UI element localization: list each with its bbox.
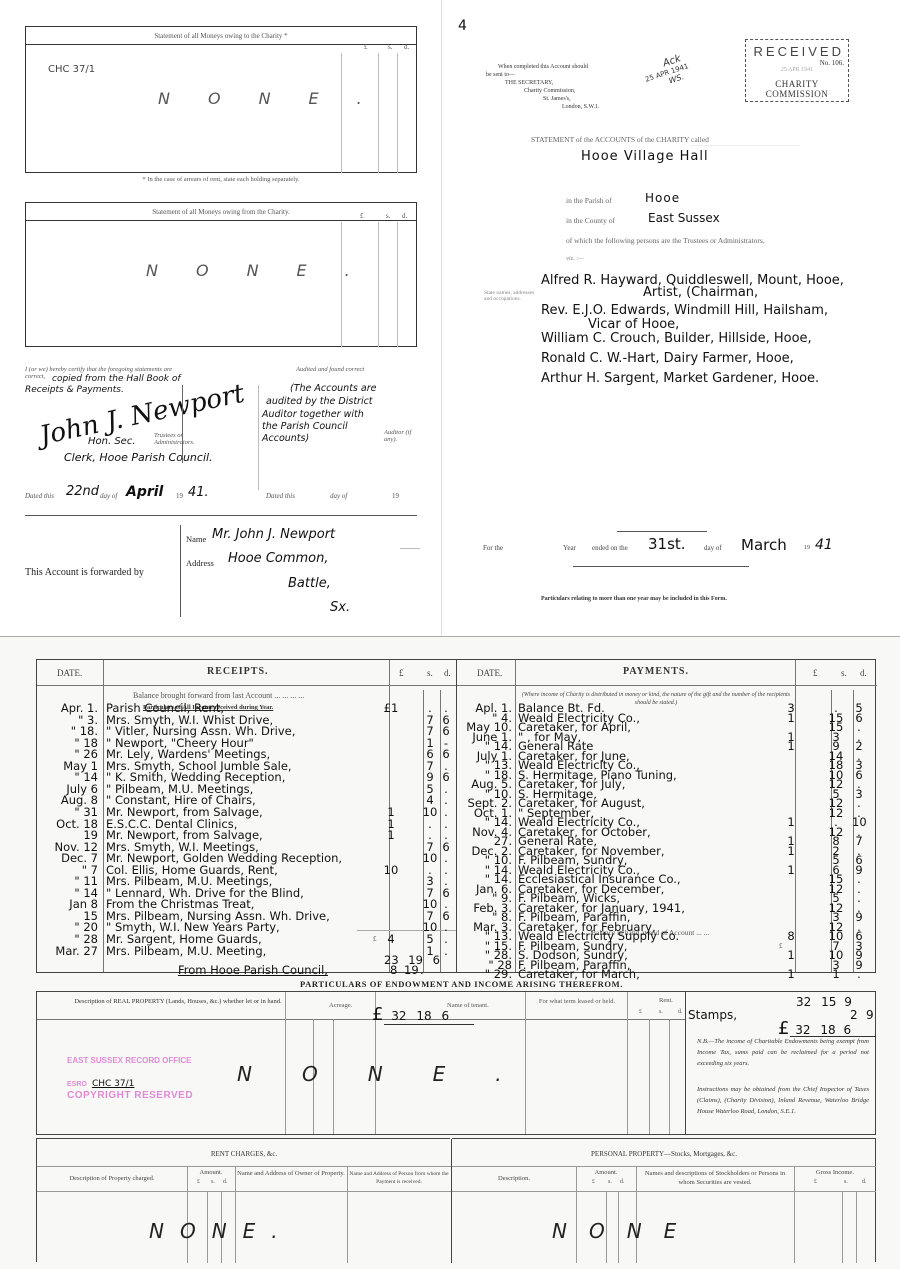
rent-charges-value: NONE. [149,1219,294,1243]
subtotal-pence: 6 [433,953,440,967]
name-label: Name [186,534,206,544]
dated-year: 41. [188,485,209,500]
nb-note: N.B.—The income of Charitable Endowments… [697,1036,869,1069]
payments-s: 1 [828,969,844,981]
signature-title: Hon. Sec. [88,436,136,447]
currency-shillings: s. [841,668,847,678]
parish-council-pounds: 8 [390,963,397,977]
archive-office: EAST SUSSEX RECORD OFFICE [67,1056,193,1065]
term-header: For what term leased or held. [527,997,627,1007]
currency-pounds: £ [399,668,404,678]
endowment-table: Description of REAL PROPERTY (Lands, Hou… [36,991,876,1135]
payments-grand-shillings: 18 [820,1023,835,1037]
address-line-1: Hooe Common, [228,551,329,566]
currency-pounds: £ [813,668,818,678]
currency-pounds: £ [814,1179,817,1185]
currency-pence: d. [620,1179,625,1185]
arrears-note: * In the case of arrears of rent, state … [25,176,417,183]
audit-note-5: Accounts) [262,433,309,444]
dated-day: 22nd [66,484,99,499]
personal-property-amount-header: Amount. [576,1169,636,1176]
receipts-date-header: DATE. [57,668,82,678]
receipts-title: RECEIPTS. [207,666,269,677]
receipts-grand-shillings: 18 [416,1009,431,1023]
stamps-pence: 9 [866,1008,874,1022]
receipts-desc: Mrs. Pilbeam, M.U. Meeting, [106,946,266,958]
rent-pounds: £ [639,1009,642,1015]
instructions-note: Instructions may be obtained from the Ch… [697,1084,869,1117]
currency-pence: d. [444,668,451,678]
auditor-label: Auditor (if any). [384,429,424,443]
rent-charges-owner-header: Name and Address of Owner of Property. [235,1169,347,1178]
trustee-1-occupation: Artist, (Chairman, [643,285,758,300]
send-to-line-1: When completed this Account should [498,64,588,70]
currency-pence: d. [860,668,867,678]
payments-subtotal-shillings: 15 [821,995,836,1009]
stamps-desc: Stamps, [688,1008,737,1022]
payments-d: . [852,969,866,981]
for-the-label: For the [483,544,503,552]
receipts-date: Mar. 27 [36,946,98,958]
payments-subtotal-pounds: 32 [796,995,811,1009]
currency-pounds: £ [364,43,368,51]
rent-charges-table: RENT CHARGES, &c. Description of Propert… [36,1138,450,1262]
page-fold [441,0,442,636]
viz-label: viz. :— [566,256,584,262]
currency-pence: d. [223,1179,228,1185]
personal-property-holders-header: Names and descriptions of Stockholders o… [636,1169,794,1187]
county-label: in the County of [566,216,615,225]
signature-clerk: Clerk, Hooe Parish Council. [64,451,213,464]
trustee-4: Ronald C. W.-Hart, Dairy Farmer, Hooe, [541,351,794,366]
payments-title: PAYMENTS. [623,666,689,677]
owing-to-charity-box: Statement of all Moneys owing to the Cha… [25,26,417,173]
receipts-grand-pounds: 32 [391,1009,406,1023]
archive-reference: CHC 37/1 [92,1079,134,1089]
audit-year-prefix: 19 [392,492,399,500]
parish-council-pence: . [420,963,424,977]
rent-charges-amount-header: Amount. [187,1169,235,1176]
payments-subtotal-pence: 9 [844,995,852,1009]
archive-copyright: COPYRIGHT RESERVED [67,1090,193,1101]
audited-label: Audited and found correct [296,366,364,373]
rent-charges-title: RENT CHARGES, &c. [37,1150,451,1158]
ended-day-of-label: day of [704,544,722,552]
day-of-label: day of [100,492,117,500]
endowment-value: NONE. [237,1062,552,1086]
audit-note-3: Auditor together with [262,409,364,420]
received-stamp-office: CHARITY COMMISSION [746,79,848,99]
currency-shillings: s. [844,1179,848,1185]
address-label: Address [186,558,214,568]
archive-prefix: ESRO [67,1081,87,1088]
trustee-2: Rev. E.J.O. Edwards, Windmill Hill, Hail… [541,303,828,318]
received-stamp-date: 25 APR 1941 [746,67,848,73]
payments-grand-pence: 6 [844,1023,852,1037]
pound-sign-icon: £ [778,1018,789,1039]
reference-number: CHC 37/1 [48,64,95,75]
trustees-label: Trustees or Administrators. [154,432,214,446]
year-prefix: 19 [176,492,183,500]
personal-property-income-header: Gross Income. [794,1169,876,1176]
certify-copied-note: copied from the Hall Book of [52,374,181,384]
receipts-l: 1 [380,830,402,842]
trustee-5: Arthur H. Sargent, Market Gardener, Hooe… [541,371,819,386]
personal-property-desc-header: Description. [452,1175,576,1182]
ended-day: 31st. [648,535,686,553]
send-to-line-2: be sent to— [486,72,515,78]
owing-to-charity-value: NONE. [158,89,400,108]
rent-charges-desc-header: Description of Property charged. [37,1175,187,1182]
rent-pence: d. [678,1009,683,1015]
payments-date-header: DATE. [477,668,502,678]
parish-council-desc: From Hooe Parish Council, [178,963,328,977]
currency-pence: d. [862,1179,867,1185]
rent-shillings: s. [659,1009,663,1015]
currency-pounds: £ [592,1179,595,1185]
send-to-line-6: London, S.W.1. [562,104,600,110]
state-names-label: State names, addresses and occupations. [484,290,540,302]
address-line-2: Battle, [288,576,331,591]
received-stamp-title: RECEIVED [746,44,848,59]
currency-shillings: s. [427,668,433,678]
ended-month: March [741,536,787,554]
currency-pounds: £ [360,212,364,220]
currency-shillings: s. [608,1179,612,1185]
address-line-3: Sx. [330,600,350,615]
county-value: East Sussex [648,211,720,225]
stamps-entry: Stamps, 2 9 [688,1008,737,1022]
send-to-line-3: THE SECRETARY, [505,80,553,86]
currency-shillings: s. [386,212,390,220]
audit-note-1: (The Accounts are [290,383,376,394]
payments-grand-pounds: 32 [795,1023,810,1037]
real-property-header: Description of REAL PROPERTY (Lands, Hou… [63,997,293,1007]
forwarded-label: This Account is forwarded by [25,567,144,578]
dated-month: April [126,484,163,500]
receipts-d: . [439,946,453,958]
tenant-header: Name of tenant. [447,1002,489,1009]
receipts-grand-total: £ 32 18 6 [372,1004,449,1025]
audit-dated-label: Dated this [266,492,295,500]
send-to-line-4: Charity Commission, [524,88,575,94]
payments-subtotal: 32 15 9 [796,995,852,1009]
receipts-l: 4 [380,934,402,946]
ended-year-prefix: 19 [804,545,810,551]
send-to-line-5: St. James's, [543,96,571,102]
particulars-note: Particulars relating to more than one ye… [541,596,727,602]
personal-property-value: NONE [552,1219,698,1243]
trustee-2-occupation: Vicar of Hooe, [588,317,679,332]
rent-charges-payer-header: Name and Address of Person from whom the… [347,1170,451,1186]
page-mark: 4 [458,18,467,34]
acreage-header: Acreage. [329,1002,352,1009]
receipts-l: 10 [380,865,402,877]
receipts-l: £1 [380,703,402,715]
name-value: Mr. John J. Newport [212,527,335,542]
rent-header: Rent. [659,997,673,1004]
personal-property-title: PERSONAL PROPERTY—Stocks, Mortgages, &c. [452,1150,876,1158]
audit-note-2: audited by the District [266,396,373,407]
ended-year: 41 [815,537,833,553]
archive-stamp: EAST SUSSEX RECORD OFFICE ESRO CHC 37/1 … [67,1056,193,1101]
currency-shillings: s. [388,43,392,51]
year-label: Year [563,544,576,552]
pound-sign-icon: £ [372,1004,383,1025]
personal-property-table: PERSONAL PROPERTY—Stocks, Mortgages, &c.… [452,1138,876,1262]
audit-note-4: the Parish Council [262,421,348,432]
ended-label: ended on the [592,544,628,552]
ack-stamp: Ack 25 APR 1941 WS. [641,52,692,93]
dated-label: Dated this [25,492,54,500]
parish-label: in the Parish of [566,196,612,205]
stamps-shillings: 2 [850,1008,858,1022]
parish-council-shillings: 19 [404,963,419,977]
received-stamp-number: No. 106. [746,59,848,67]
currency-pounds: £ [197,1179,200,1185]
owing-to-charity-title: Statement of all Moneys owing to the Cha… [26,27,416,45]
currency-pence: d. [402,212,407,220]
owing-from-charity-title: Statement of all Moneys owing from the C… [26,203,416,221]
trustees-intro: of which the following persons are the T… [566,236,765,245]
trustee-3: William C. Crouch, Builder, Hillside, Ho… [541,331,812,346]
charity-name: Hooe Village Hall [581,149,709,164]
payments-l: 1 [780,969,802,981]
owing-from-charity-value: NONE. [146,261,388,280]
owing-from-charity-box: Statement of all Moneys owing from the C… [25,202,417,347]
currency-shillings: s. [211,1179,215,1185]
receipts-grand-pence: 6 [442,1009,450,1023]
currency-pence: d. [404,43,409,51]
endowment-title: PARTICULARS OF ENDOWMENT AND INCOME ARIS… [300,979,623,989]
parish-value: Hooe [645,191,680,205]
received-stamp: RECEIVED No. 106. 25 APR 1941 CHARITY CO… [745,39,849,102]
audit-day-of-label: day of [330,492,347,500]
balance-forward: Balance brought forward from last Accoun… [133,691,304,700]
certify-receipts-note: Receipts & Payments. [25,385,124,395]
statement-label: STATEMENT of the ACCOUNTS of the CHARITY… [531,135,709,144]
